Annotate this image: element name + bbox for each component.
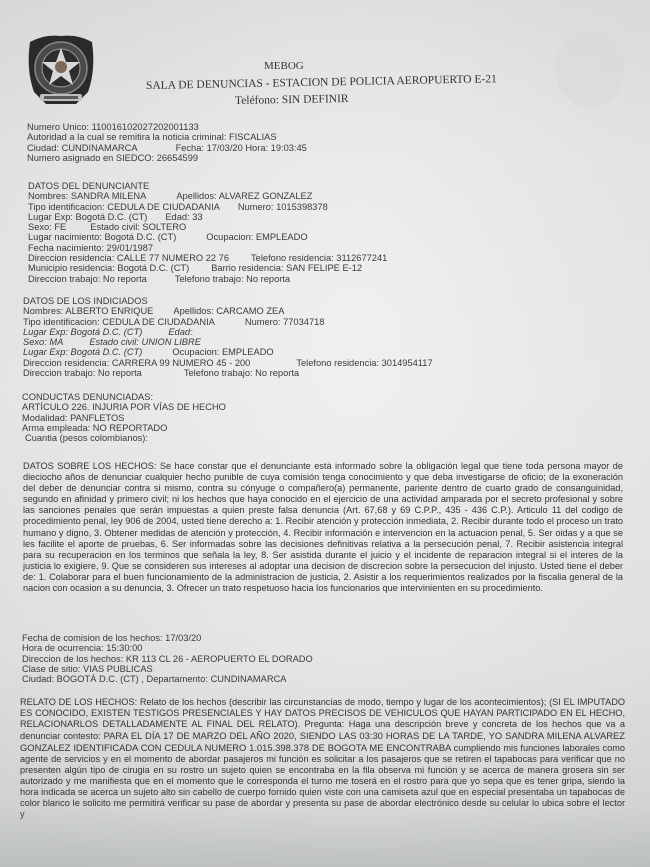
ciudad: Ciudad: CUNDINAMARCA [27,143,138,153]
telefono-trabajo: Telefono trabajo: No reporta [175,274,290,284]
hora-ocurrencia: Hora de ocurrencia: 15:30:00 [22,643,313,653]
tipo-id: Tipo identificacion: CEDULA DE CIUDADANI… [28,202,220,212]
page-shadow [0,807,650,867]
header-org: MEBOG [264,60,304,72]
sexo: Sexo: FE [28,222,66,232]
estado-civil: Estado civil: SOLTERO [90,222,186,232]
telefono-trabajo: Telefono trabajo: No reporta [184,368,299,378]
header-phone: Teléfono: SIN DEFINIR [235,93,349,107]
cuantia: Cuantia (pesos colombianos): [22,433,226,443]
numero-unico: Numero Unico: 110016102027202001133 [27,122,307,132]
fecha-nacimiento: Fecha nacimiento: 29/01/1987 [28,243,387,253]
direccion-trabajo: Direccion trabajo: No reporta [23,368,142,378]
numero-id: Numero: 77034718 [245,317,325,327]
nombres: Nombres: SANDRA MILENA [28,191,146,201]
edad: Edad: [168,327,192,337]
document-page: MEBOG SALA DE DENUNCIAS - ESTACION DE PO… [0,0,650,867]
section-title: CONDUCTAS DENUNCIADAS: [22,392,226,402]
tipo-id: Tipo identificacion: CEDULA DE CIUDADANI… [23,317,215,327]
autoridad: Autoridad a la cual se remitira la notic… [27,132,307,142]
ocupacion: Ocupacion: EMPLEADO [172,347,273,357]
section-title: DATOS DEL DENUNCIANTE [28,181,387,191]
lugar-exp-2: Lugar Exp: Bogotá D.C. (CT) [23,347,142,357]
articulo: ARTÍCULO 226. INJURIA POR VÍAS DE HECHO [22,402,226,412]
fecha-comision: Fecha de comision de los hechos: 17/03/2… [22,633,313,643]
fecha-hora: Fecha: 17/03/20 Hora: 19:03:45 [176,143,307,153]
police-emblem-icon [22,30,100,110]
telefono-residencia: Telefono residencia: 3014954117 [296,358,432,368]
ocupacion: Ocupacion: EMPLEADO [206,232,307,242]
lugar-exp: Lugar Exp: Bogotá D.C. (CT) [23,327,142,337]
barrio-residencia: Barrio residencia: SAN FELIPE E-12 [211,263,362,273]
lugar-exp: Lugar Exp: Bogotá D.C. (CT) [28,212,147,222]
telefono-residencia: Telefono residencia: 3112677241 [251,253,387,263]
faded-stamp [555,28,625,108]
clase-sitio: Clase de sitio: VIAS PUBLICAS [22,664,313,674]
apellidos: Apellidos: ALVAREZ GONZALEZ [176,191,312,201]
nombres: Nombres: ALBERTO ENRIQUE [23,306,153,316]
siedco-number: Numero asignado en SIEDCO: 26654599 [27,153,307,163]
section-title: DATOS DE LOS INDICIADOS [23,296,433,306]
direccion-trabajo: Direccion trabajo: No reporta [28,274,147,284]
direccion-hechos: Direccion de los hechos: KR 113 CL 26 - … [22,654,313,664]
estado-civil: Estado civil: UNION LIBRE [89,337,201,347]
hechos-info-section: Fecha de comision de los hechos: 17/03/2… [22,633,313,684]
case-info: Numero Unico: 110016102027202001133 Auto… [27,122,307,163]
relato-de-los-hechos: RELATO DE LOS HECHOS: Relato de los hech… [20,697,625,820]
arma-empleada: Arma empleada: NO REPORTADO [22,423,226,433]
numero-id: Numero: 1015398378 [238,202,328,212]
conductas-section: CONDUCTAS DENUNCIADAS: ARTÍCULO 226. INJ… [22,392,226,443]
edad: Edad: 33 [165,212,202,222]
modalidad: Modalidad: PANFLETOS [22,413,226,423]
direccion-residencia: Direccion residencia: CARRERA 99 NUMERO … [23,358,250,368]
datos-sobre-hechos: DATOS SOBRE LOS HECHOS: Se hace constar … [23,461,623,594]
ciudad-departamento: Ciudad: BOGOTÁ D.C. (CT) , Departamento:… [22,674,313,684]
municipio-residencia: Municipio residencia: Bogotá D.C. (CT) [28,263,189,273]
direccion-residencia: Direccion residencia: CALLE 77 NUMERO 22… [28,253,229,263]
sexo: Sexo: MA [23,337,63,347]
header-office: SALA DE DENUNCIAS - ESTACION DE POLICIA … [146,73,497,92]
denunciante-section: DATOS DEL DENUNCIANTE Nombres: SANDRA MI… [28,181,387,284]
lugar-nacimiento: Lugar nacimiento: Bogotá D.C. (CT) [28,232,176,242]
indiciados-section: DATOS DE LOS INDICIADOS Nombres: ALBERTO… [23,296,433,378]
apellidos: Apellidos: CARCAMO ZEA [173,306,284,316]
